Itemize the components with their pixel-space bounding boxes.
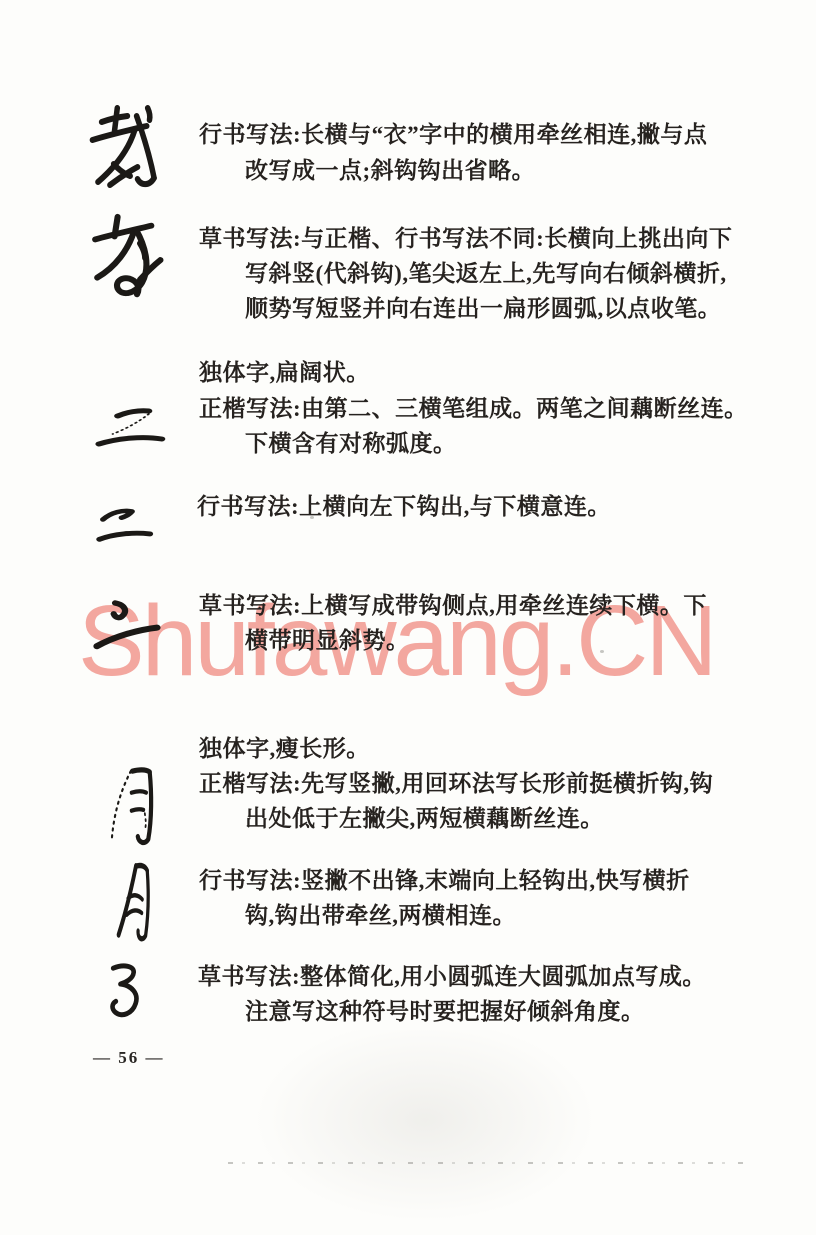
book-page: Shufawang.CN 裁 裁 二 二 二 bbox=[0, 0, 816, 1235]
scan-speck-line bbox=[228, 1162, 744, 1164]
paragraph-line: 行书写法:竖撇不出锋,末端向上轻钩出,快写横折 bbox=[199, 862, 690, 895]
calligraphy-er-caoshu: 二 bbox=[92, 597, 162, 657]
calligraphy-cai-xingshu: 裁 bbox=[86, 103, 178, 203]
paragraph-line: 横带明显斜势。 bbox=[245, 622, 410, 655]
scan-ghost-artifact bbox=[240, 1030, 610, 1230]
paragraph-line: 写斜竖(代斜钩),笔尖返左上,先写向右倾斜横折, bbox=[245, 255, 727, 288]
paragraph-line: 草书写法:整体简化,用小圆弧连大圆弧加点写成。 bbox=[198, 958, 706, 991]
paragraph-line: 独体字,扁阔状。 bbox=[199, 354, 370, 387]
paragraph-line: 草书写法:上横写成带钩侧点,用牵丝连续下横。下 bbox=[199, 587, 707, 620]
paragraph-line: 改写成一点;斜钩钩出省略。 bbox=[245, 152, 535, 185]
calligraphy-yue-caoshu: 月 bbox=[100, 961, 166, 1033]
paragraph-line: 草书写法:与正楷、行书写法不同:长横向上挑出向下 bbox=[199, 220, 732, 253]
page-number: — 56 — bbox=[93, 1048, 165, 1068]
paragraph-line: 钩,钩出带牵丝,两横相连。 bbox=[245, 897, 516, 930]
paragraph-line: 注意写这种符号时要把握好倾斜角度。 bbox=[245, 993, 645, 1026]
paragraph-line: 正楷写法:由第二、三横笔组成。两笔之间藕断丝连。 bbox=[199, 390, 748, 423]
paragraph-line: 行书写法:长横与“衣”字中的横用牵丝相连,撇与点 bbox=[199, 116, 707, 149]
paragraph-line: 行书写法:上横向左下钩出,与下横意连。 bbox=[197, 488, 611, 521]
paragraph-line: 出处低于左撇尖,两短横藕断丝连。 bbox=[245, 800, 604, 833]
calligraphy-cai-caoshu: 裁 bbox=[86, 211, 188, 309]
calligraphy-yue-xingshu: 月 bbox=[110, 859, 164, 949]
paragraph-line: 下横含有对称弧度。 bbox=[245, 425, 457, 458]
paragraph-line: 顺势写短竖并向右连出一扁形圆弧,以点收笔。 bbox=[245, 290, 721, 323]
calligraphy-er-xingshu: 二 bbox=[96, 506, 154, 551]
calligraphy-er-kaishu: 二 bbox=[94, 406, 166, 456]
paragraph-line: 正楷写法:先写竖撇,用回环法写长形前挺横折钩,钩 bbox=[199, 765, 713, 798]
calligraphy-yue-kaishu: 月 bbox=[100, 766, 170, 852]
paragraph-line: 独体字,瘦长形。 bbox=[199, 730, 370, 763]
